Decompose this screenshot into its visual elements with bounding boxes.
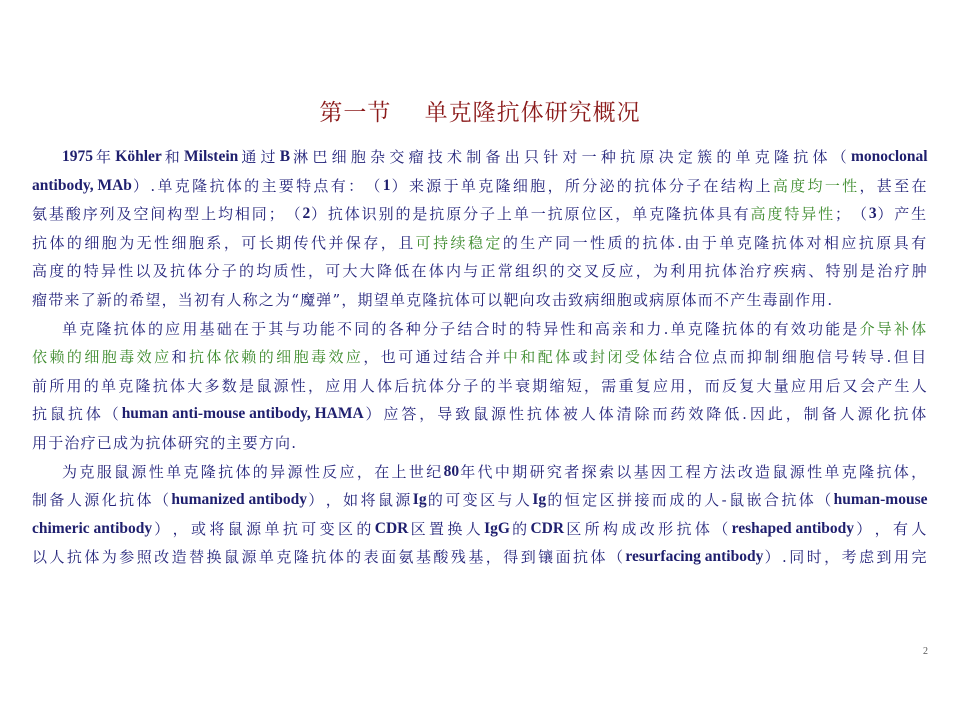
char: 均 [218,200,234,229]
char: 方 [703,458,719,487]
char: 此 [768,400,784,429]
char: 人 [911,515,927,544]
char: 参 [119,543,135,572]
char: 而 [652,486,668,515]
char: 是 [412,200,428,229]
char: 技 [428,143,444,172]
char: 的 [239,257,255,286]
char: 反 [601,257,617,286]
char: 结 [660,343,676,372]
char: 分 [446,372,462,401]
char: 定 [678,143,694,172]
char: 细 [782,343,798,372]
char: 抗 [876,458,892,487]
char: 定 [485,229,501,258]
char: 和 [520,343,536,372]
char: 成 [621,515,637,544]
char: 性 [590,229,606,258]
char: 后 [394,372,410,401]
char: 体 [700,200,716,229]
char: 是 [842,315,858,344]
char: 期 [276,229,292,258]
char: 和 [578,315,594,344]
char: 一 [531,200,547,229]
paragraph-2-line: 抗鼠抗体（human anti-mouse antibody, HAMA）应答，… [32,400,928,429]
char: 的 [550,257,566,286]
char: 隆 [496,172,512,201]
char: 基 [416,543,432,572]
char: 体 [695,515,711,544]
char: 答 [401,400,417,429]
char: 的 [148,315,164,344]
char: 其 [268,315,284,344]
english-term: Milstein [184,143,238,172]
char: 的 [687,486,703,515]
char: 在 [234,315,250,344]
char: 的 [253,458,269,487]
char: （ [104,400,120,429]
char: 用 [894,543,910,572]
char: 用 [808,372,824,401]
char: 性 [291,372,307,401]
char: ， [688,372,704,401]
char: 的 [625,229,641,258]
char: 础 [217,315,233,344]
char: 上 [756,172,772,201]
char: 识 [362,200,378,229]
char: 结 [451,343,467,372]
char: 间 [150,200,166,229]
english-term: Köhler [115,143,162,172]
char: 常 [498,257,514,286]
char: 源 [246,515,262,544]
char: 基 [49,200,65,229]
char: 多 [205,372,221,401]
char: 将 [361,486,377,515]
char: 度 [790,172,806,201]
char: 和 [172,343,188,372]
char: 隆 [192,172,208,201]
char: 生 [520,229,536,258]
char: 同 [555,229,571,258]
char: 单 [166,458,182,487]
char: 并 [328,229,344,258]
char: ） [311,200,327,229]
char: 人 [49,543,65,572]
english-term: human anti-mouse antibody, HAMA [122,400,364,429]
char: 传 [294,229,310,258]
char: ， [419,400,435,429]
char: 换 [447,515,463,544]
char: 单 [736,143,752,172]
english-term: resurfacing antibody [625,543,763,572]
char: 源 [426,172,442,201]
char: 号 [834,343,850,372]
char: 与 [285,315,301,344]
char: 亲 [612,315,628,344]
char: 体 [545,400,561,429]
char: 抗 [705,257,721,286]
char: 代 [478,458,494,487]
char: 抗 [634,172,650,201]
paragraph-3-line: 为克服鼠源性单克隆抗体的异源性反应，在上世纪80年代中期研究者探索以基因工程方法… [32,458,928,487]
char: 型 [184,200,200,229]
char: 程 [686,458,702,487]
char: 体 [911,315,927,344]
char: 备 [49,486,65,515]
char: 的 [503,229,519,258]
char: 面 [381,543,397,572]
char: 针 [543,143,559,172]
char: 所 [585,515,601,544]
char: 不 [337,315,353,344]
char: 抗 [429,200,445,229]
char: （ [154,486,170,515]
char: 会 [860,372,876,401]
char: 为 [102,543,118,572]
char: 应 [154,343,170,372]
char: 一 [582,143,598,172]
char: 中 [503,343,519,372]
char: 区 [338,515,354,544]
char: 分 [463,200,479,229]
char: 酸 [66,200,82,229]
char: 的 [67,343,83,372]
char: 体 [429,257,445,286]
char: （ [365,172,381,201]
char: 造 [755,458,771,487]
char: 隆 [294,543,310,572]
document-body: 1975年Köhler和Milstein通过B淋巴细胞杂交瘤技术制备出只针对一种… [32,143,928,572]
char: 构 [738,172,754,201]
char: 度 [49,257,65,286]
english-term: Ig [532,486,546,515]
char: 空 [133,200,149,229]
char: 法 [720,458,736,487]
char: 配 [538,343,554,372]
char: 应 [340,458,356,487]
char: 抗 [548,200,564,229]
char: 可 [325,257,341,286]
char: 及 [117,200,133,229]
char: 氨 [399,543,415,572]
char: 点 [313,172,329,201]
char: 的 [84,372,100,401]
char: 原 [876,229,892,258]
char: 导 [877,315,893,344]
char: 隆 [859,458,875,487]
char: 体 [894,458,910,487]
char: 性 [149,458,165,487]
char: 单 [62,315,78,344]
char: 抗 [311,543,327,572]
char: 除 [635,400,651,429]
char: 克 [478,172,494,201]
char: 度 [767,200,783,229]
char: 性 [560,315,576,344]
char: 用 [67,372,83,401]
char: 交 [567,257,583,286]
char: 体 [187,257,203,286]
char: 构 [167,200,183,229]
char: 抗 [772,229,788,258]
char: 源 [241,543,257,572]
char: ） [308,486,324,515]
paragraph-3-line: chimeric antibody），或将鼠源单抗可变区的CDR区置换人IgG的… [32,515,928,544]
char: 抗 [412,372,428,401]
char: 大 [360,257,376,286]
char: 造 [172,543,188,572]
char: 半 [498,372,514,401]
char: 体 [86,400,102,429]
char: 氨 [32,200,48,229]
char: 生 [895,372,911,401]
char: 续 [451,229,467,258]
char: 别 [379,200,395,229]
char: 效 [328,343,344,372]
char: 鼠 [50,400,66,429]
char: 均 [256,257,272,286]
char: 反 [722,372,738,401]
char: 保 [346,229,362,258]
char: ， [615,200,631,229]
char: 索 [599,458,615,487]
char: 所 [49,372,65,401]
char: 术 [447,143,463,172]
char: 细 [84,229,100,258]
char: 降 [706,400,722,429]
char: 病 [791,257,807,286]
char: ， [911,458,927,487]
char: 且 [398,229,414,258]
char: 改 [154,543,170,572]
char: 相 [235,200,251,229]
char: 的 [67,257,83,286]
char: 得 [503,543,519,572]
char: 表 [364,543,380,572]
char: ） [392,172,408,201]
english-term: monoclonal [851,143,928,172]
char: 疾 [774,257,790,286]
paragraph-1-line: 瘤带来了新的希望，当初有人称之为“魔弹”，期望单克隆抗体可以靶向攻击致病细胞或病… [32,286,928,315]
char: 的 [395,200,411,229]
char: ， [363,343,379,372]
char: 镶 [538,543,554,572]
char: 以 [616,458,632,487]
char: 力 [646,315,662,344]
char: 构 [603,515,619,544]
char: 系 [206,229,222,258]
char: 人 [581,400,597,429]
char: 为 [653,257,669,286]
char: 源 [84,486,100,515]
char: 结 [721,172,737,201]
char: 特 [526,315,542,344]
char: 低 [724,400,740,429]
char: 单 [259,543,275,572]
char: 究 [547,458,563,487]
char: 服 [97,458,113,487]
char: 拼 [617,486,633,515]
char: ， [824,543,840,572]
char: 所 [565,172,581,201]
char: 替 [189,543,205,572]
char: 制 [804,400,820,429]
char: 杂 [370,143,386,172]
char: . [150,172,156,201]
char: 致 [455,400,471,429]
char: ） [765,543,781,572]
char: 体 [227,172,243,201]
char: 细 [332,143,348,172]
char: 体 [652,172,668,201]
char: 抗 [781,486,797,515]
char: 利 [670,257,686,286]
char: 药 [670,400,686,429]
char: 期 [532,372,548,401]
char: 考 [842,543,858,572]
char: 赖 [241,343,257,372]
char: 子 [440,315,456,344]
char: 于 [444,172,460,201]
char: 单 [265,515,281,544]
char: 区 [598,200,614,229]
char: 有 [911,229,927,258]
char: 隆 [774,143,790,172]
char: 隆 [96,315,112,344]
char: 换 [207,543,223,572]
char: ， [786,400,802,429]
char: 又 [843,372,859,401]
char: 体 [642,343,658,372]
english-term: Ig [413,486,427,515]
char: 清 [617,400,633,429]
char: 效 [688,400,704,429]
char: 各 [389,315,405,344]
char: 而 [730,343,746,372]
char: 存 [363,229,379,258]
char: 工 [668,458,684,487]
char: 要 [279,172,295,201]
char: 单 [824,458,840,487]
char: 低 [394,257,410,286]
char: 或 [573,343,589,372]
char: 的 [512,515,528,544]
char: 无 [137,229,153,258]
char: 高 [32,257,48,286]
char: 通 [241,143,257,172]
char: 甚 [877,172,893,201]
english-term: 80 [444,458,460,487]
english-term: reshaped antibody [732,515,854,544]
char: 抗 [893,400,909,429]
char: 细 [172,229,188,258]
char: 体 [722,257,738,286]
char: 应 [841,229,857,258]
char: 上 [201,200,217,229]
char: 中 [495,458,511,487]
char: 体 [812,143,828,172]
char: ； [835,200,851,229]
char: 抗 [642,229,658,258]
char: ） [856,515,872,544]
char: 受 [625,343,641,372]
char: ， [859,172,875,201]
paragraph-1-line: 抗体的细胞为无性细胞系，可长期传代并保存，且可持续稳定的生产同一性质的抗体.由于… [32,229,928,258]
char: 隆 [705,315,721,344]
char: 合 [475,315,491,344]
char: 大 [343,257,359,286]
char: 胞 [351,143,367,172]
char: 抗 [793,143,809,172]
char: 特 [826,257,842,286]
char: 应 [791,372,807,401]
char: 正 [481,257,497,286]
char: 隆 [754,229,770,258]
char: 高 [595,315,611,344]
char: . [886,343,892,372]
char: 性 [305,458,321,487]
char: 的 [371,315,387,344]
char: 体 [235,458,251,487]
char: 用 [182,315,198,344]
char: 结 [457,315,473,344]
char: 人 [67,486,83,515]
char: 体 [377,372,393,401]
char: 体 [84,543,100,572]
char: 种 [406,315,422,344]
char: 抗 [119,486,135,515]
char: 性 [509,400,525,429]
english-term: humanized antibody [171,486,307,515]
char: 以 [136,257,152,286]
char: 复 [636,372,652,401]
char: 体 [131,315,147,344]
char: 与 [463,257,479,286]
char: 对 [562,143,578,172]
char: 体 [591,543,607,572]
char: 抗 [683,200,699,229]
char: 的 [756,315,772,344]
char: 年 [96,143,112,172]
char: 数 [222,372,238,401]
char: 的 [356,515,372,544]
char: 形 [658,515,674,544]
char: 并 [485,343,501,372]
char: 隆 [136,372,152,401]
char: （ [816,486,832,515]
char: 过 [261,143,277,172]
char: 鼠 [114,458,130,487]
char: 产 [538,229,554,258]
char: 到 [521,543,537,572]
char: ， [381,229,397,258]
char: 反 [322,458,338,487]
char: 导 [869,343,885,372]
char: 如 [343,486,359,515]
char: 细 [276,343,292,372]
char: 隆 [201,458,217,487]
char: 治 [739,257,755,286]
char: 具 [717,200,733,229]
char: 大 [757,372,773,401]
char: 原 [446,200,462,229]
char: 克 [79,458,95,487]
char: （ [713,515,729,544]
char: 异 [543,315,559,344]
char: 纪 [426,458,442,487]
char: 主 [261,172,277,201]
